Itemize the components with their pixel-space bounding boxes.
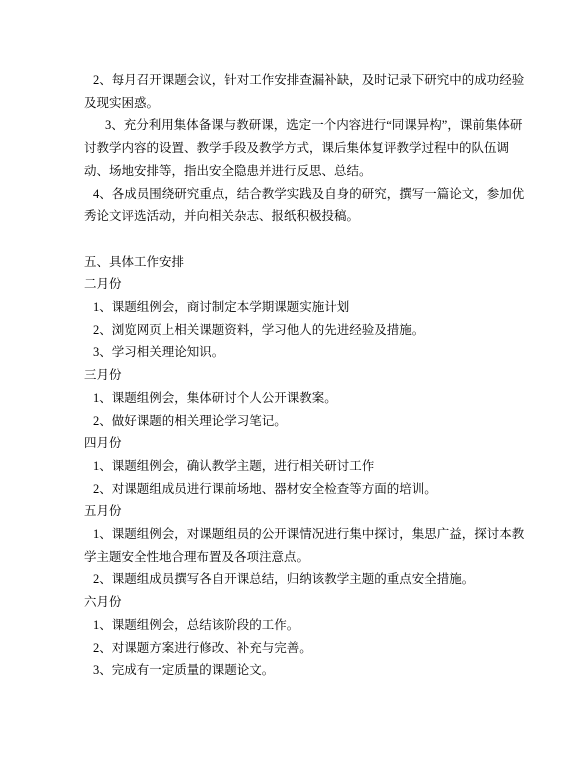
month-june-label: 六月份 bbox=[84, 591, 530, 614]
month-may-label: 五月份 bbox=[84, 500, 530, 523]
june-item-2: 2、对课题方案进行修改、补充与完善。 bbox=[84, 637, 530, 660]
march-item-1: 1、课题组例会，集体研讨个人公开课教案。 bbox=[84, 387, 530, 410]
section-heading-work-schedule: 五、具体工作安排 bbox=[84, 251, 530, 274]
may-item-2: 2、课题组成员撰写各自开课总结，归纳该教学主题的重点安全措施。 bbox=[84, 568, 530, 591]
june-item-3: 3、完成有一定质量的课题论文。 bbox=[84, 659, 530, 682]
month-march-label: 三月份 bbox=[84, 364, 530, 387]
blank-line bbox=[84, 228, 530, 251]
february-item-1: 1、课题组例会，商讨制定本学期课题实施计划 bbox=[84, 296, 530, 319]
march-item-2: 2、做好课题的相关理论学习笔记。 bbox=[84, 410, 530, 433]
february-item-2: 2、浏览网页上相关课题资料，学习他人的先进经验及措施。 bbox=[84, 319, 530, 342]
april-item-2: 2、对课题组成员进行课前场地、器材安全检查等方面的培训。 bbox=[84, 478, 530, 501]
february-item-3: 3、学习相关理论知识。 bbox=[84, 341, 530, 364]
may-item-1: 1、课题组例会，对课题组员的公开课情况进行集中探讨，集思广益，探讨本教学主题安全… bbox=[84, 523, 530, 568]
paragraph-collective-lesson-prep: 3、充分利用集体备课与教研课，选定一个内容进行“同课异构”，课前集体研讨教学内容… bbox=[84, 114, 530, 182]
paragraph-monthly-meeting: 2、每月召开课题会议，针对工作安排查漏补缺，及时记录下研究中的成功经验及现实困惑… bbox=[84, 69, 530, 114]
june-item-1: 1、课题组例会，总结该阶段的工作。 bbox=[84, 614, 530, 637]
april-item-1: 1、课题组例会，确认教学主题，进行相关研讨工作 bbox=[84, 455, 530, 478]
month-april-label: 四月份 bbox=[84, 432, 530, 455]
document-content: 2、每月召开课题会议，针对工作安排查漏补缺，及时记录下研究中的成功经验及现实困惑… bbox=[84, 69, 530, 682]
paragraph-essay-submission: 4、各成员围绕研究重点，结合教学实践及自身的研究，撰写一篇论文，参加优秀论文评选… bbox=[84, 183, 530, 228]
month-february-label: 二月份 bbox=[84, 273, 530, 296]
document-page: 2、每月召开课题会议，针对工作安排查漏补缺，及时记录下研究中的成功经验及现实困惑… bbox=[0, 0, 578, 782]
